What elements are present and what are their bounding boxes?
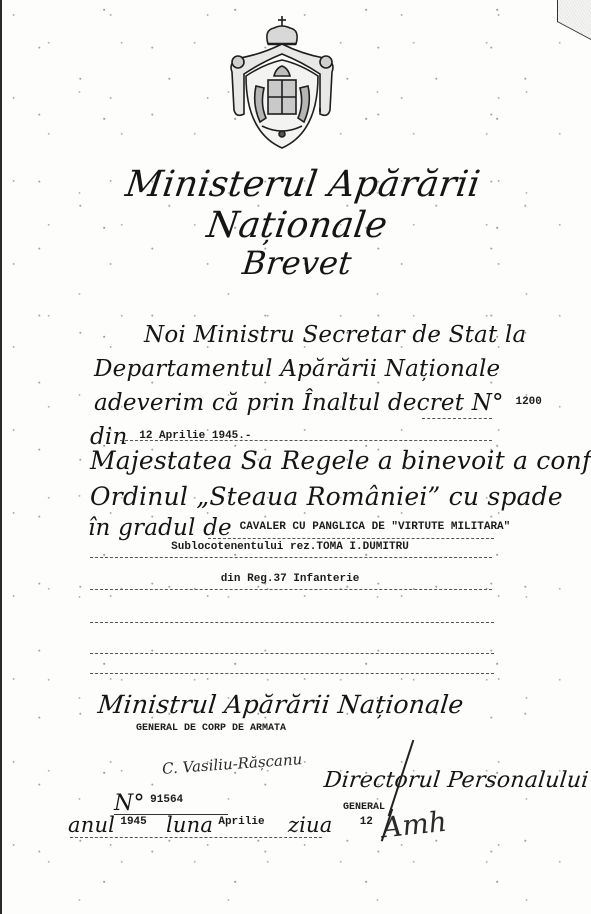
body-line-order: Ordinul „Steaua României” cu spade [90, 482, 563, 511]
grade-value: CAVALER CU PANGLICA DE "VIRTUTE MILITARA… [240, 521, 511, 533]
issue-date-underline [70, 837, 322, 838]
decree-number-underline [422, 418, 492, 419]
unit-underline [90, 589, 492, 590]
ministry-title: Ministerul Apărării Naționale [34, 164, 566, 246]
year-value: 1945 [120, 816, 146, 828]
month-label: luna [166, 813, 213, 837]
director-title: Directorul Personalului [323, 768, 590, 793]
decree-label: adeverim că prin Înaltul decret N° [94, 390, 504, 416]
blank-line-1 [90, 622, 494, 623]
blank-line-2 [90, 653, 494, 654]
document-title: Brevet [200, 244, 394, 282]
folded-corner [557, 0, 591, 40]
document-page: Ministerul Apărării Naționale Brevet Noi… [0, 0, 591, 914]
royal-coat-of-arms-icon [222, 14, 342, 152]
director-rank: GENERAL [343, 802, 385, 813]
recipient-unit: din Reg.37 Infanterie [90, 573, 490, 585]
month-value: Aprilie [218, 816, 264, 828]
day-value: 12 [360, 816, 373, 828]
body-line-king: Majestatea Sa Regele a binevoit a confer… [90, 446, 591, 475]
grade-underline [208, 538, 494, 539]
year-label: anul [68, 813, 115, 837]
recipient-name: Sublocotenentului rez.TOMA I.DUMITRU [90, 541, 490, 553]
body-line-1: Noi Ministru Secretar de Stat la [144, 322, 526, 348]
minister-signature: C. Vasiliu-Rășcanu [162, 750, 303, 778]
decree-date-underline [120, 440, 492, 441]
day-label: ziua [288, 813, 333, 837]
body-line-2: Departamentul Apărării Naționale [94, 356, 500, 382]
minister-rank: GENERAL DE CORP DE ARMATA [136, 723, 286, 734]
registration-number-value: 91564 [150, 794, 183, 806]
scan-mark [319, 108, 321, 112]
decree-number: 1200 [515, 396, 541, 408]
blank-line-3 [90, 673, 494, 674]
recipient-underline [90, 557, 492, 558]
minister-title: Ministrul Apărării Naționale [96, 690, 465, 719]
decree-line: adeverim că prin Înaltul decret N° 1200 [94, 390, 542, 416]
issue-date-row: anul 1945 luna Aprilie ziua 12 [68, 813, 373, 838]
